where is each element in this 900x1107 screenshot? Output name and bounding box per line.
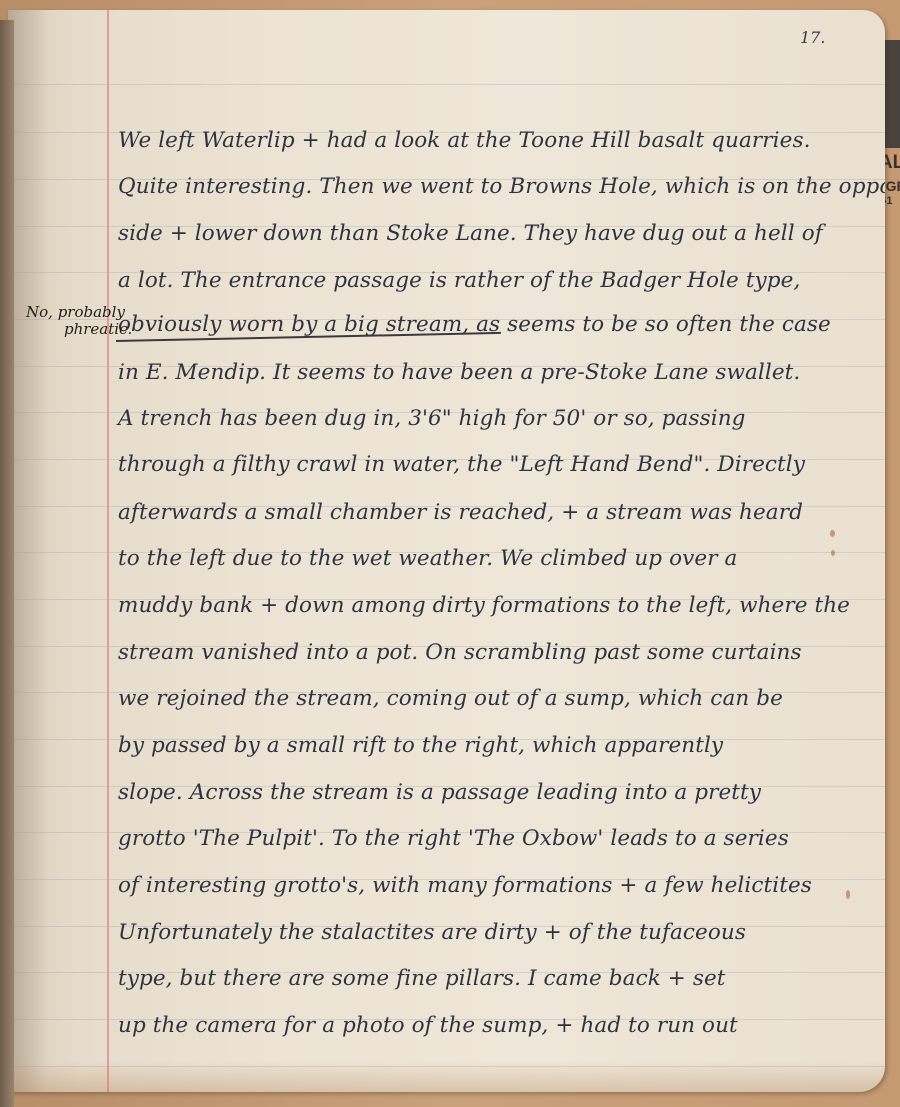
handwritten-line: type, but there are some fine pillars. I… [118, 966, 726, 991]
handwritten-line: we rejoined the stream, coming out of a … [118, 686, 783, 711]
handwritten-line: Quite interesting. Then we went to Brown… [118, 174, 885, 199]
handwritten-line: Unfortunately the stalactites are dirty … [118, 920, 746, 945]
ruled-line [8, 1066, 885, 1067]
handwritten-line: up the camera for a photo of the sump, +… [118, 1013, 738, 1038]
margin-annotation-line-1: No, probably [26, 304, 132, 321]
handwritten-line: in E. Mendip. It seems to have been a pr… [118, 360, 800, 385]
page-number: 17. [800, 28, 825, 47]
handwritten-line: We left Waterlip + had a look at the Too… [118, 128, 811, 153]
handwritten-line: by passed by a small rift to the right, … [118, 733, 723, 758]
handwritten-line: of interesting grotto's, with many forma… [118, 873, 812, 898]
rust-stain [846, 890, 850, 899]
handwritten-line: stream vanished into a pot. On scramblin… [118, 640, 802, 665]
handwritten-line: muddy bank + down among dirty formations… [118, 593, 850, 618]
handwritten-line: A trench has been dug in, 3'6" high for … [118, 406, 746, 431]
rust-stain [830, 530, 835, 537]
ruled-line [8, 84, 885, 85]
red-margin-rule [107, 10, 109, 1092]
handwritten-line: to the left due to the wet weather. We c… [118, 546, 737, 571]
notebook-spine [0, 20, 14, 1107]
handwritten-line: a lot. The entrance passage is rather of… [118, 268, 800, 293]
margin-annotation-line-2: phreatic. [26, 321, 132, 338]
rust-stain [831, 550, 835, 556]
handwritten-line: side + lower down than Stoke Lane. They … [118, 221, 823, 246]
handwritten-line: afterwards a small chamber is reached, +… [118, 500, 803, 525]
gutter-shadow [8, 10, 48, 1092]
handwritten-line: through a filthy crawl in water, the "Le… [118, 452, 805, 477]
margin-annotation: No, probably phreatic. [26, 304, 132, 338]
notebook-page: 17. We left Waterlip + had a look at the… [8, 10, 885, 1092]
handwritten-line: grotto 'The Pulpit'. To the right 'The O… [118, 826, 789, 851]
handwritten-line: slope. Across the stream is a passage le… [118, 780, 761, 805]
